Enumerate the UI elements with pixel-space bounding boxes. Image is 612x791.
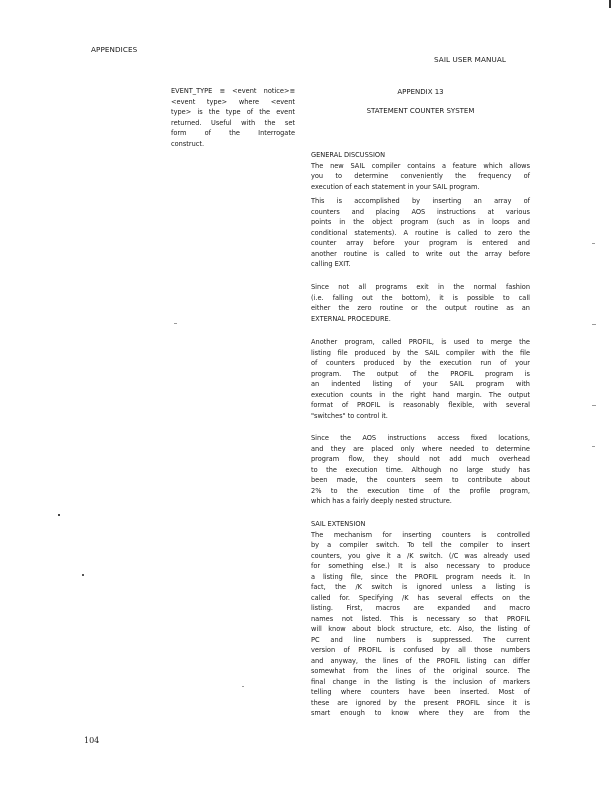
scan-edge-mark [609,0,611,8]
text-line: (i.e. falling out the bottom), it is pos… [311,293,530,304]
section-general-discussion: GENERAL DISCUSSION The new SAIL compiler… [311,150,530,192]
text-line: construct. [171,139,295,150]
text-line: format of PROFIL is reasonably flexible,… [311,400,530,411]
text-line: smart enough to know where they are from… [311,708,530,719]
appendix-number: APPENDIX 13 [311,88,530,96]
text-line: of counters produced by the execution ru… [311,358,530,369]
scan-speck [242,686,244,687]
text-line: returned. Useful with the set [171,118,295,129]
left-column-continuation: EVENT_TYPE ≡ <event notice>≡ <event type… [171,86,295,150]
text-line: been made, the counters seem to contribu… [311,475,530,486]
text-line: either the zero routine or the output ro… [311,303,530,314]
page-number: 104 [84,736,99,745]
text-line: execution counts in the right hand margi… [311,390,530,401]
section-heading: SAIL EXTENSION [311,519,530,530]
text-line: points in the object program (such as in… [311,217,530,228]
scan-speck [58,514,60,516]
text-line: another routine is called to write out t… [311,249,530,260]
text-line: you to determine conveniently the freque… [311,171,530,182]
paragraph: Since the AOS instructions access fixed … [311,433,530,507]
text-line: <event type> where <event [171,97,295,108]
scan-speck [592,446,595,447]
text-line: an indented listing of your SAIL program… [311,379,530,390]
text-line: Another program, called PROFIL, is used … [311,337,530,348]
text-line: conditional statements). A routine is ca… [311,228,530,239]
text-line: counters, you give it a /K switch. (/C w… [311,551,530,562]
paragraph: Since not all programs exit in the norma… [311,282,530,324]
text-line: listing file produced by the SAIL compil… [311,348,530,359]
text-line: fact, the /K switch is ignored unless a … [311,582,530,593]
text-line: counters and placing AOS instructions at… [311,207,530,218]
text-line: PC and line numbers is suppressed. The c… [311,635,530,646]
text-line: This is accomplished by inserting an arr… [311,196,530,207]
text-line: and they are placed only where needed to… [311,444,530,455]
section-heading: GENERAL DISCUSSION [311,150,530,161]
paragraph: Another program, called PROFIL, is used … [311,337,530,421]
text-line: version of PROFIL is confused by all tho… [311,645,530,656]
scan-speck [592,243,595,244]
text-line: execution of each statement in your SAIL… [311,182,530,193]
text-line: Since the AOS instructions access fixed … [311,433,530,444]
scan-speck [174,323,177,324]
text-line: program. The output of the PROFIL progra… [311,369,530,380]
text-line: EVENT_TYPE ≡ <event notice>≡ [171,86,295,97]
text-line: called for. Specifying /K has several ef… [311,593,530,604]
section-sail-extension: SAIL EXTENSION The mechanism for inserti… [311,519,530,719]
text-line: will know about block structure, etc. Al… [311,624,530,635]
text-line: these are ignored by the present PROFIL … [311,698,530,709]
text-line: for something else.) It is also necessar… [311,561,530,572]
text-line: program flow, they should not add much o… [311,454,530,465]
text-line: The mechanism for inserting counters is … [311,530,530,541]
text-line: a listing file, since the PROFIL program… [311,572,530,583]
text-line: telling where counters have been inserte… [311,687,530,698]
running-header-left: APPENDICES [91,45,137,54]
text-line: "switches" to control it. [311,411,530,422]
text-line: and anyway, the lines of the PROFIL list… [311,656,530,667]
scan-speck [82,574,84,576]
scan-speck [592,324,596,325]
text-line: listing. First, macros are expanded and … [311,603,530,614]
text-line: somewhat from the lines of the original … [311,666,530,677]
text-line: 2% to the execution time of the profile … [311,486,530,497]
text-line: type> is the type of the event [171,107,295,118]
text-line: The new SAIL compiler contains a feature… [311,161,530,172]
text-line: which has a fairly deeply nested structu… [311,496,530,507]
text-line: final change in the listing is the inclu… [311,677,530,688]
running-header-right: SAIL USER MANUAL [434,55,506,64]
text-line: calling EXIT. [311,259,530,270]
text-line: form of the Interrogate [171,128,295,139]
scan-speck [592,405,596,406]
text-line: names not listed. This is necessary so t… [311,614,530,625]
text-line: EXTERNAL PROCEDURE. [311,314,530,325]
text-line: to the execution time. Although no large… [311,465,530,476]
text-line: Since not all programs exit in the norma… [311,282,530,293]
text-line: by a compiler switch. To tell the compil… [311,540,530,551]
text-line: counter array before your program is ent… [311,238,530,249]
appendix-title: STATEMENT COUNTER SYSTEM [311,107,530,115]
paragraph: This is accomplished by inserting an arr… [311,196,530,270]
